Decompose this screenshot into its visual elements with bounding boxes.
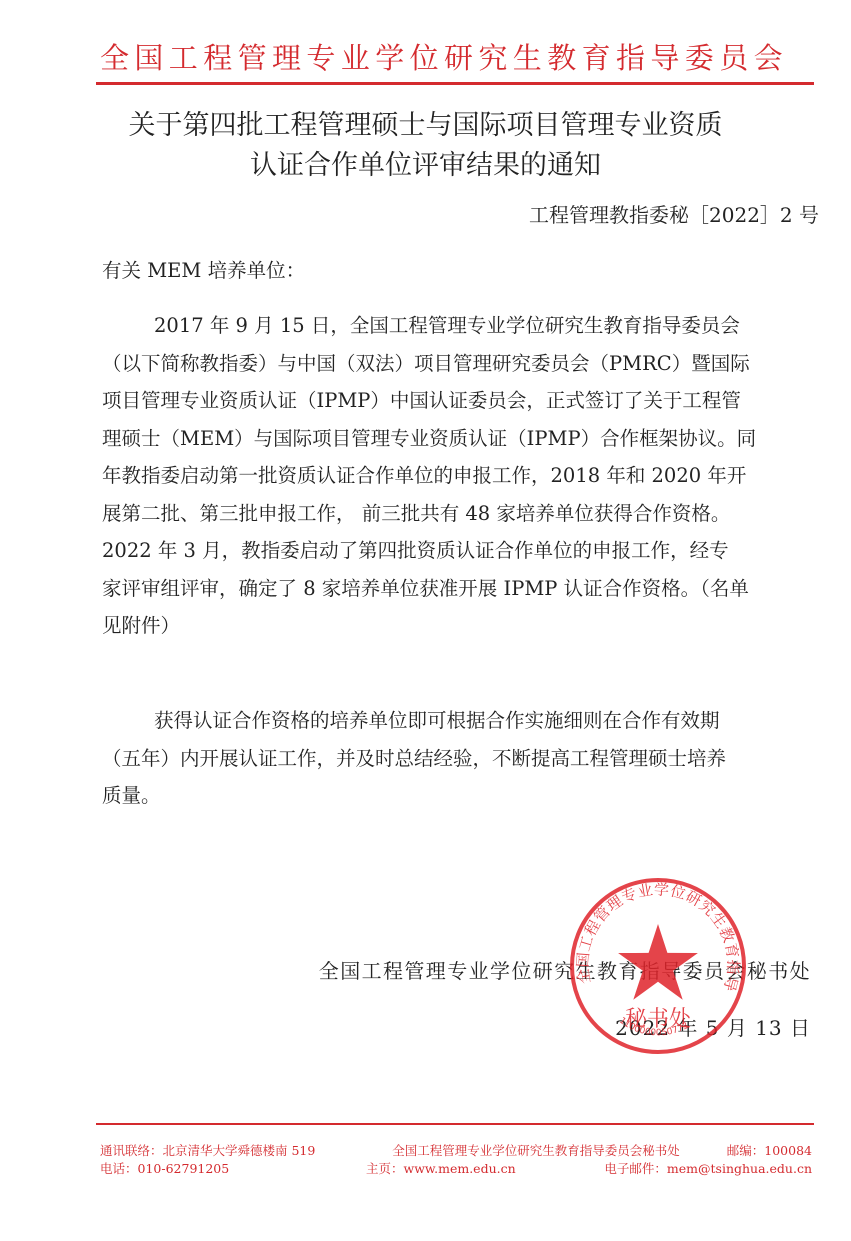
signature-org: 全国工程管理专业学位研究生教育指导委员会秘书处 (319, 955, 811, 984)
signature-date: 2022 年 5 月 13 日 (615, 1012, 811, 1041)
footer-divider (96, 1123, 814, 1125)
salutation: 有关 MEM 培养单位： (102, 252, 812, 290)
paragraph-line: 见附件） (102, 607, 812, 645)
footer-homepage[interactable]: 主页：www.mem.edu.cn (366, 1159, 516, 1177)
letterhead-org-name: 全国工程管理专业学位研究生教育指导委员会 (100, 38, 810, 78)
document-number: 工程管理教指委秘［2022］2 号 (529, 199, 819, 228)
paragraph-2: 获得认证合作资格的培养单位即可根据合作实施细则在合作有效期 （五年）内开展认证工… (102, 702, 812, 815)
paragraph-line: 家评审组评审，确定了 8 家培养单位获准开展 IPMP 认证合作资格。（名单 (102, 570, 812, 608)
paragraph-line: 2017 年 9 月 15 日，全国工程管理专业学位研究生教育指导委员会 (102, 307, 812, 345)
paragraph-line: 理硕士（MEM）与国际项目管理专业资质认证（IPMP）合作框架协议。同 (102, 420, 812, 458)
footer-office: 全国工程管理专业学位研究生教育指导委员会秘书处 (392, 1141, 680, 1159)
footer-row-1: 通讯联络：北京清华大学舜德楼南 519 全国工程管理专业学位研究生教育指导委员会… (100, 1141, 812, 1159)
footer-email[interactable]: 电子邮件：mem@tsinghua.edu.cn (604, 1159, 812, 1177)
document-title-line-1: 关于第四批工程管理硕士与国际项目管理专业资质 (0, 106, 851, 146)
paragraph-line: （五年）内开展认证工作，并及时总结经验，不断提高工程管理硕士培养 (102, 740, 812, 778)
footer-row-2: 电话：010-62791205 主页：www.mem.edu.cn 电子邮件：m… (100, 1159, 812, 1177)
footer-postcode: 邮编：100084 (727, 1141, 812, 1159)
document-title-line-2: 认证合作单位评审结果的通知 (0, 146, 851, 186)
paragraph-1: 2017 年 9 月 15 日，全国工程管理专业学位研究生教育指导委员会 （以下… (102, 307, 812, 645)
footer-phone: 电话：010-62791205 (100, 1159, 229, 1177)
footer-address: 通讯联络：北京清华大学舜德楼南 519 (100, 1141, 315, 1159)
paragraph-line: 2022 年 3 月，教指委启动了第四批资质认证合作单位的申报工作，经专 (102, 532, 812, 570)
paragraph-line: 质量。 (102, 777, 812, 815)
paragraph-line: 项目管理专业资质认证（IPMP）中国认证委员会，正式签订了关于工程管 (102, 382, 812, 420)
paragraph-line: 年教指委启动第一批资质认证合作单位的申报工作，2018 年和 2020 年开 (102, 457, 812, 495)
paragraph-line: 获得认证合作资格的培养单位即可根据合作实施细则在合作有效期 (102, 702, 812, 740)
paragraph-line: 展第二批、第三批申报工作， 前三批共有 48 家培养单位获得合作资格。 (102, 495, 812, 533)
paragraph-line: （以下简称教指委）与中国（双法）项目管理研究委员会（PMRC）暨国际 (102, 345, 812, 383)
letterhead-divider (96, 82, 814, 85)
